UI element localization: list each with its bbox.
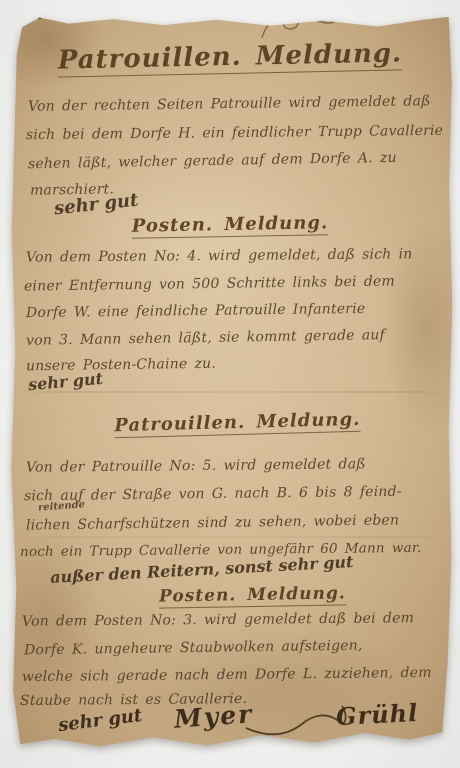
paper-crease [6,391,454,393]
report-line: sehen läßt, welcher gerade auf dem Dorfe… [28,150,397,172]
heading-patrouillen-meldung-2: Patrouillen. Meldung. [114,409,361,438]
report-line: Von der Patrouille No: 5. wird gemeldet … [26,456,366,476]
report-line: sich bei dem Dorfe H. ein feindlicher Tr… [26,123,443,143]
report-line: noch ein Trupp Cavallerie von ungefähr 6… [20,540,422,560]
manuscript-paper: Patrouillen. Meldung. Von der rechten Se… [6,8,454,750]
inserted-word: reitende [38,499,86,513]
scan-background: Patrouillen. Meldung. Von der rechten Se… [0,0,460,768]
report-line: Dorfe K. ungeheure Staubwolken aufsteige… [24,638,363,659]
ink-flourish-doodle [250,8,340,44]
grade-signature: sehr gut [57,705,143,736]
report-line: Dorfe W. eine feindliche Patrouille Infa… [26,301,365,321]
report-line: welche sich gerade nach dem Dorfe L. zuz… [22,665,432,685]
report-line: einer Entfernung von 500 Schritte links … [24,273,395,294]
paper-shadow: Patrouillen. Meldung. Von der rechten Se… [6,8,454,750]
ink-blot [35,5,47,20]
paper-crease [6,536,454,538]
signature-middle: Myer [173,699,254,733]
heading-patrouillen-meldung-1: Patrouillen. Meldung. [58,38,403,77]
report-line: Von dem Posten No: 4. wird gemeldet, daß… [26,246,413,265]
signature-right: Grühl [335,698,419,731]
report-line: unsere Posten-Chaine zu. [26,356,216,375]
report-line: Von dem Posten No: 3. wird gemeldet daß … [22,610,414,629]
report-line: Von der rechten Seiten Patrouille wird g… [28,93,431,115]
report-line: von 3. Mann sehen läßt, sie kommt gerade… [26,327,385,349]
report-line: lichen Scharfschützen sind zu sehen, wob… [26,512,399,533]
heading-posten-meldung-1: Posten. Meldung. [132,212,329,238]
heading-posten-meldung-2: Posten. Meldung. [159,583,346,608]
